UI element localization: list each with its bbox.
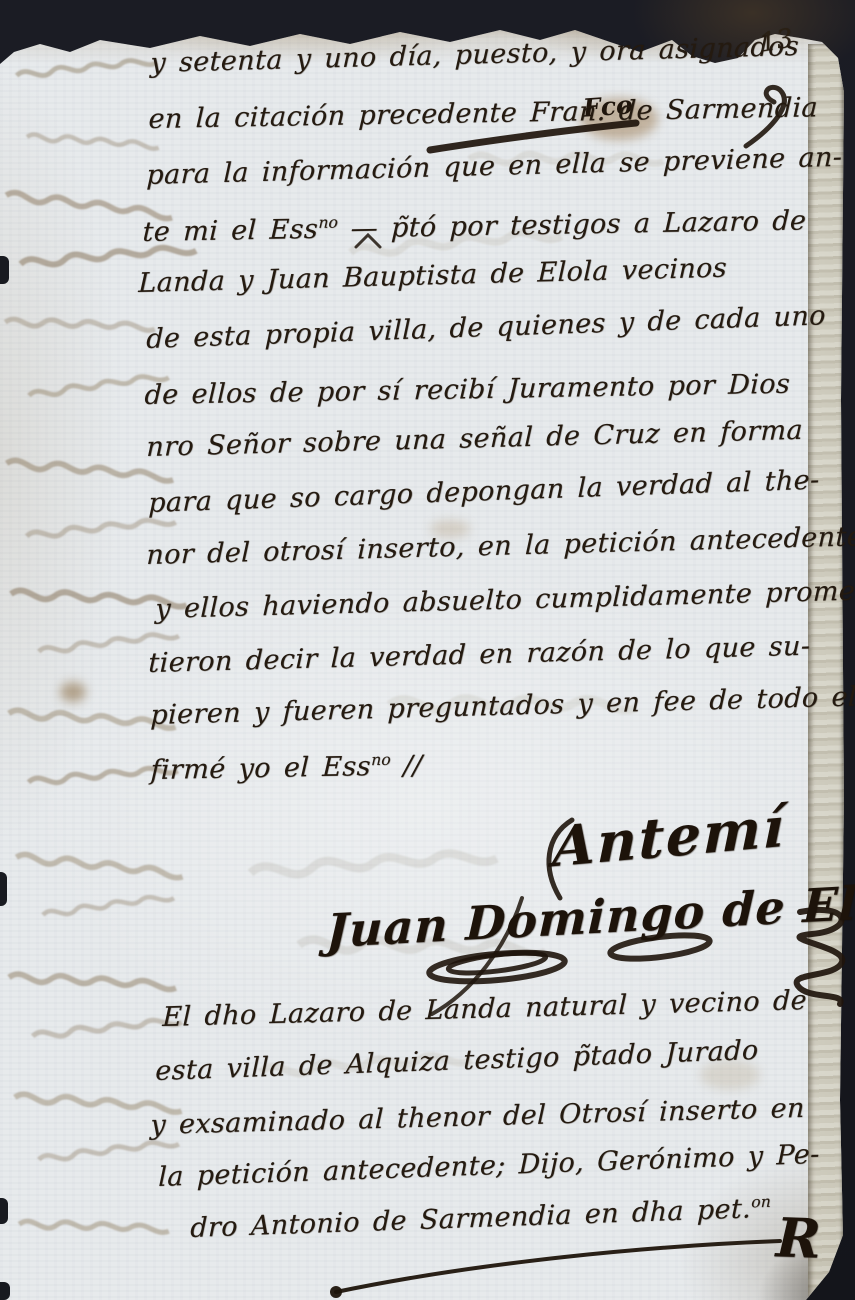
superscript: no: [318, 213, 338, 232]
paper-stain: [60, 682, 86, 702]
binding-nick: [0, 256, 9, 284]
line-text: te mi el Ess: [142, 214, 319, 248]
binding-nick: [0, 1198, 8, 1224]
line-text: firmé yo el Ess: [150, 751, 371, 786]
superscript: no: [371, 750, 391, 769]
line-text: //: [390, 750, 423, 782]
page-stack-edge: [808, 44, 844, 1300]
superscript: on: [751, 1192, 771, 1212]
manuscript-line: firmé yo el Essno //: [150, 749, 423, 786]
binding-nick: [0, 1282, 10, 1300]
rubric-mark: R: [775, 1205, 822, 1271]
manuscript-page: 13 Fco y setenta y uno día, puesto, y or…: [0, 0, 855, 1300]
binding-nick: [0, 872, 7, 906]
